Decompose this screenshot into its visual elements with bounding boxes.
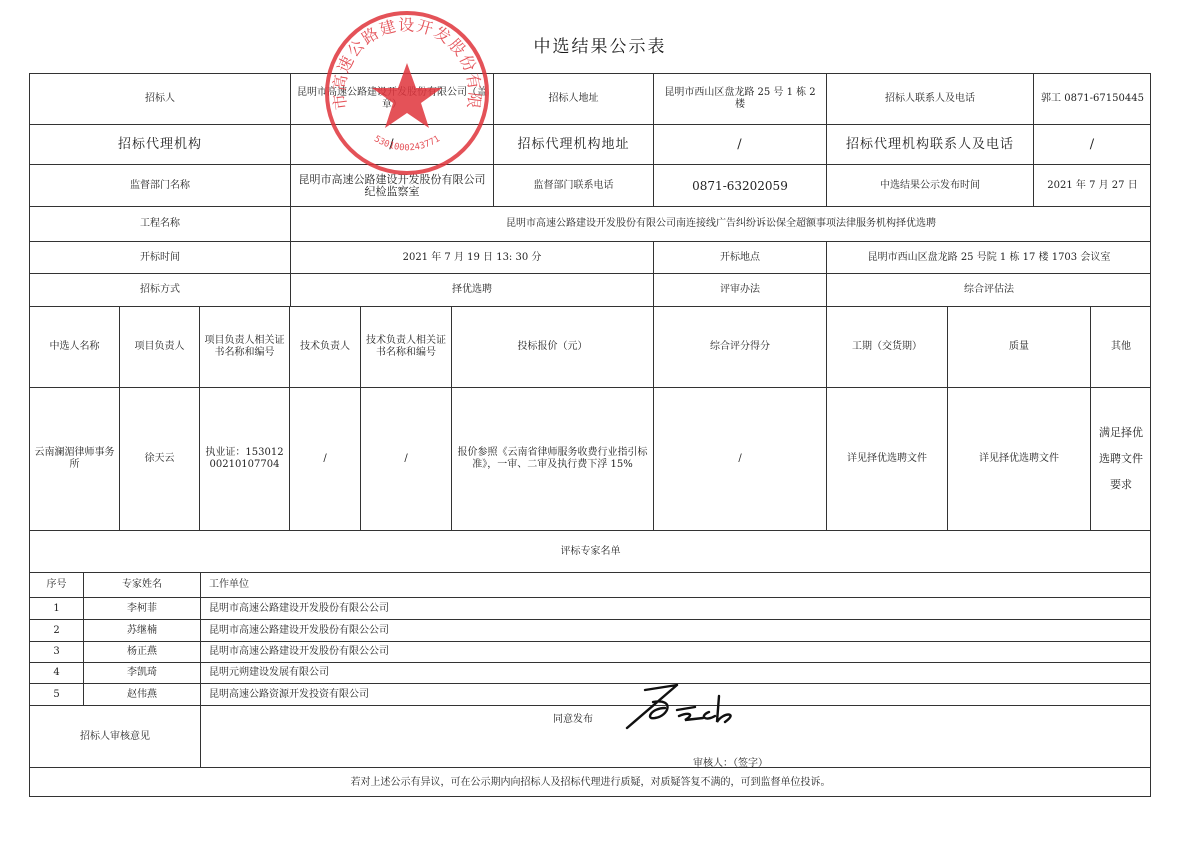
expert-row-work-unit: 昆明高速公路资源开发投资有限公司 — [200, 683, 1151, 705]
header-duration: 工期（交货期） — [826, 306, 947, 387]
agency-contact-label: 招标代理机构联系人及电话 — [826, 124, 1033, 164]
expert-row-work-unit: 昆明市高速公路建设开发股份有限公公司 — [200, 619, 1151, 641]
supervisor-value: 昆明市高速公路建设开发股份有限公司纪检监察室 — [290, 164, 493, 206]
review-method-label: 评审办法 — [653, 273, 826, 306]
value-other: 满足择优选聘文件要求 — [1090, 387, 1151, 530]
review-method-value: 综合评估法 — [826, 273, 1151, 306]
tenderer-contact-label: 招标人联系人及电话 — [826, 73, 1033, 124]
header-project-leader-cert: 项目负责人相关证书名称和编号 — [199, 306, 289, 387]
value-tech-leader-cert: / — [360, 387, 451, 530]
agency-address-value: / — [653, 124, 826, 164]
experts-header-work-unit: 工作单位 — [200, 572, 1151, 597]
header-project-leader: 项目负责人 — [119, 306, 199, 387]
expert-row-expert-name: 赵伟燕 — [83, 683, 200, 705]
header-tech-leader: 技术负责人 — [289, 306, 360, 387]
project-name-label: 工程名称 — [29, 206, 290, 241]
reviewer-sign-label: 审核人：（签字） — [693, 754, 768, 769]
expert-row-expert-name: 苏继楠 — [83, 619, 200, 641]
footer-note: 若对上述公示有异议，可在公示期内向招标人及招标代理进行质疑，对质疑答复不满的，可… — [29, 767, 1151, 797]
value-quality: 详见择优选聘文件 — [947, 387, 1090, 530]
value-project-leader-cert: 执业证：15301200210107704 — [199, 387, 289, 530]
agency-contact-value: / — [1033, 124, 1151, 164]
tenderer-value: 昆明市高速公路建设开发股份有限公司（盖章） — [290, 73, 493, 124]
header-other: 其他 — [1090, 306, 1151, 387]
expert-row-work-unit: 昆明市高速公路建设开发股份有限公公司 — [200, 641, 1151, 662]
experts-section-title: 评标专家名单 — [29, 530, 1151, 572]
result-table: 招标人 昆明市高速公路建设开发股份有限公司（盖章） 招标人地址 昆明市西山区盘龙… — [29, 73, 1151, 797]
value-bid-price: 报价参照《云南省律师服务收费行业指引标准》，一审、二审及执行费下浮 15% — [451, 387, 653, 530]
publish-time-label: 中选结果公示发布时间 — [826, 164, 1033, 206]
experts-header-seq: 序号 — [29, 572, 83, 597]
value-project-leader: 徐天云 — [119, 387, 199, 530]
supervisor-phone-value: 0871-63202059 — [653, 164, 826, 206]
value-duration: 详见择优选聘文件 — [826, 387, 947, 530]
approval-text: 同意发布 — [553, 710, 593, 725]
expert-row-work-unit: 昆明元朔建设发展有限公司 — [200, 662, 1151, 683]
expert-row-expert-name: 李柯菲 — [83, 597, 200, 619]
review-content — [200, 705, 1151, 767]
tenderer-address-value: 昆明市西山区盘龙路 25 号 1 栋 2 楼 — [653, 73, 826, 124]
expert-row-expert-name: 李凯琦 — [83, 662, 200, 683]
header-tech-leader-cert: 技术负责人相关证书名称和编号 — [360, 306, 451, 387]
open-time-label: 开标时间 — [29, 241, 290, 273]
header-quality: 质量 — [947, 306, 1090, 387]
open-place-value: 昆明市西山区盘龙路 25 号院 1 栋 17 楼 1703 会议室 — [826, 241, 1151, 273]
open-time-value: 2021 年 7 月 19 日 13: 30 分 — [290, 241, 653, 273]
agency-value: / — [290, 124, 493, 164]
header-overall-score: 综合评分得分 — [653, 306, 826, 387]
method-label: 招标方式 — [29, 273, 290, 306]
agency-label: 招标代理机构 — [29, 124, 290, 164]
value-tech-leader: / — [289, 387, 360, 530]
header-bid-price: 投标报价（元） — [451, 306, 653, 387]
expert-row-seq: 2 — [29, 619, 83, 641]
supervisor-phone-label: 监督部门联系电话 — [493, 164, 653, 206]
tenderer-address-label: 招标人地址 — [493, 73, 653, 124]
expert-row-seq: 5 — [29, 683, 83, 705]
expert-row-expert-name: 杨正燕 — [83, 641, 200, 662]
document-title: 中选结果公示表 — [0, 32, 1200, 57]
tenderer-label: 招标人 — [29, 73, 290, 124]
tenderer-contact-value: 郭工 0871-67150445 — [1033, 73, 1151, 124]
publish-time-value: 2021 年 7 月 27 日 — [1033, 164, 1151, 206]
expert-row-seq: 3 — [29, 641, 83, 662]
expert-row-seq: 4 — [29, 662, 83, 683]
project-name-value: 昆明市高速公路建设开发股份有限公司南连接线广告纠纷诉讼保全超额事项法律服务机构择… — [290, 206, 1151, 241]
header-winner-name: 中选人名称 — [29, 306, 119, 387]
open-place-label: 开标地点 — [653, 241, 826, 273]
expert-row-work-unit: 昆明市高速公路建设开发股份有限公公司 — [200, 597, 1151, 619]
agency-address-label: 招标代理机构地址 — [493, 124, 653, 164]
value-winner-name: 云南澜湄律师事务所 — [29, 387, 119, 530]
experts-header-expert-name: 专家姓名 — [83, 572, 200, 597]
value-overall-score: / — [653, 387, 826, 530]
method-value: 择优选聘 — [290, 273, 653, 306]
review-label: 招标人审核意见 — [29, 705, 200, 767]
expert-row-seq: 1 — [29, 597, 83, 619]
supervisor-label: 监督部门名称 — [29, 164, 290, 206]
